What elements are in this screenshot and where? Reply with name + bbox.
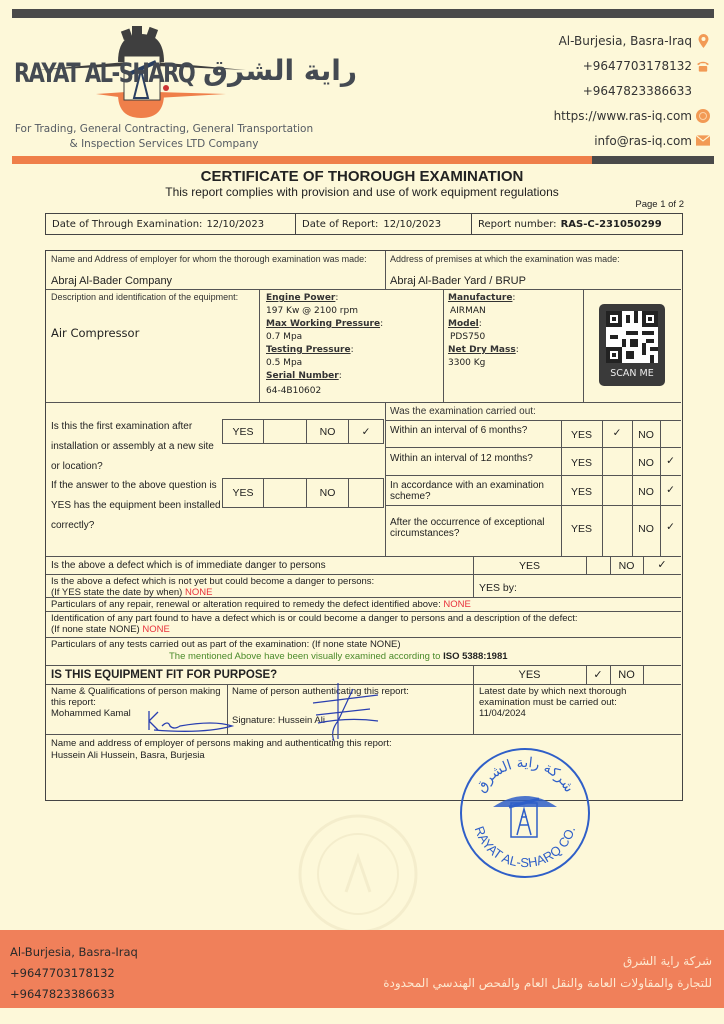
first-exam-answer: YES NO ✓: [222, 419, 384, 444]
part-defect-label: Identification of any part found to have…: [51, 613, 578, 624]
12m-yes-label: YES: [561, 457, 602, 469]
exam-date-label: Date of Through Examination:: [52, 219, 202, 230]
contact-email-text[interactable]: info@ras-iq.com: [594, 134, 692, 148]
installed-no-label: NO: [307, 479, 349, 507]
qr-code-icon: [606, 311, 658, 363]
carried-out-scheme-question: In accordance with an examination scheme…: [390, 480, 555, 502]
mass-value: 3300 Kg: [448, 357, 519, 370]
certificate-subtitle: This report complies with provision and …: [0, 185, 724, 199]
fit-no-label: NO: [610, 669, 643, 681]
equipment-label: Description and identification of the eq…: [51, 292, 251, 302]
exceptional-no-box[interactable]: ✓: [660, 521, 681, 533]
model-label: Model: [448, 319, 479, 329]
first-exam-question: Is this the first examination after inst…: [51, 417, 221, 477]
installed-yes-label: YES: [223, 479, 264, 507]
report-number-value: RAS-C-231050299: [561, 219, 662, 230]
report-number-label: Report number:: [478, 219, 557, 230]
first-exam-yes-label: YES: [223, 420, 264, 443]
future-danger-cell: Is the above a defect which is not yet b…: [51, 576, 374, 598]
part-defect-sub: (If none state NONE): [51, 624, 140, 635]
contact-website[interactable]: https://www.ras-iq.com: [554, 103, 710, 128]
immediate-no-box[interactable]: ✓: [643, 558, 681, 571]
immediate-yes-label: YES: [473, 560, 586, 572]
testing-pressure-label: Testing Pressure: [266, 345, 351, 355]
max-pressure-label: Max Working Pressure: [266, 319, 380, 329]
mail-icon: [696, 134, 710, 148]
max-pressure-value: 0.7 Mpa: [266, 331, 383, 344]
manufacture-label: Manufacture: [448, 293, 512, 303]
scheme-no-label: NO: [632, 486, 660, 498]
manufacture-value: AIRMAN: [448, 305, 519, 318]
equipment-specs-2: Manufacture: AIRMAN Model: PDS750 Net Dr…: [448, 292, 519, 370]
svg-text:RAYAT AL-SHARQ CO.: RAYAT AL-SHARQ CO.: [472, 824, 579, 870]
date-bar: Date of Through Examination: 12/10/2023 …: [45, 213, 683, 235]
immediate-danger-label: Is the above a defect which is of immedi…: [51, 560, 326, 571]
equipment-value: Air Compressor: [51, 326, 139, 340]
contact-address: Al-Burjesia, Basra-Iraq: [554, 28, 710, 53]
contact-website-text[interactable]: https://www.ras-iq.com: [554, 109, 692, 123]
scheme-yes-label: YES: [561, 486, 602, 498]
part-defect-cell: Identification of any part found to have…: [51, 613, 578, 635]
scheme-no-box[interactable]: ✓: [660, 484, 681, 496]
footer-phone-2[interactable]: +9647823386633: [10, 984, 138, 1005]
tagline-line-2: & Inspection Services LTD Company: [14, 137, 314, 152]
contact-phone-2-text[interactable]: +9647823386633: [583, 84, 692, 98]
premises-label: Address of premises at which the examina…: [390, 254, 620, 264]
contact-phone-1-text[interactable]: +9647703178132: [583, 59, 692, 73]
next-exam-value: 11/04/2024: [479, 708, 679, 719]
tests-standard: ISO 5388:1981: [443, 651, 507, 662]
report-number-cell: Report number: RAS-C-231050299: [472, 214, 682, 234]
serial-value: 64-4B10602: [266, 385, 383, 398]
installed-correctly-answer: YES NO: [222, 478, 384, 508]
serial-label: Serial Number: [266, 371, 339, 381]
engine-power-label: Engine Power: [266, 293, 335, 303]
part-defect-value: NONE: [142, 624, 169, 635]
company-tagline: For Trading, General Contracting, Genera…: [14, 122, 314, 152]
company-name-en: RAYAT AL-SHARQ: [14, 58, 194, 88]
immediate-no-label: NO: [610, 560, 643, 572]
tagline-line-1: For Trading, General Contracting, Genera…: [14, 122, 314, 137]
carried-out-heading: Was the examination carried out:: [390, 406, 536, 417]
12m-no-box[interactable]: ✓: [660, 455, 681, 467]
installed-yes-box[interactable]: [264, 479, 307, 507]
globe-icon: [696, 109, 710, 123]
engine-power-value: 197 Kw @ 2100 rpm: [266, 305, 383, 318]
footer-phone-1[interactable]: +9647703178132: [10, 963, 138, 984]
employer-label: Name and Address of employer for whom th…: [51, 254, 376, 264]
tests-label: Particulars of any tests carried out as …: [51, 639, 508, 651]
footer-address: Al-Burjesia, Basra-Iraq: [10, 942, 138, 963]
footer-ar-line-2: للتجارة والمقاولات العامة والنقل العام و…: [383, 972, 712, 994]
next-exam-cell: Latest date by which next thorough exami…: [479, 686, 679, 719]
mass-label: Net Dry Mass: [448, 345, 516, 355]
carried-out-answers: YES ✓ NO YES NO ✓ YES NO ✓ YES NO ✓: [561, 421, 681, 556]
phone-icon: [696, 59, 710, 73]
testing-pressure-value: 0.5 Mpa: [266, 357, 383, 370]
examination-form: Name and Address of employer for whom th…: [45, 250, 683, 801]
qr-code[interactable]: SCAN ME: [599, 304, 665, 386]
first-exam-no-label: NO: [307, 420, 349, 443]
6m-yes-box[interactable]: ✓: [602, 427, 632, 439]
employer-persons-value: Hussein Ali Hussein, Basra, Burjesia: [51, 750, 392, 762]
installed-no-box[interactable]: [349, 479, 383, 507]
first-exam-no-box[interactable]: ✓: [349, 420, 383, 443]
report-date-cell: Date of Report: 12/10/2023: [296, 214, 472, 234]
tests-cell: Particulars of any tests carried out as …: [51, 639, 508, 663]
carried-out-6m-question: Within an interval of 6 months?: [390, 424, 555, 437]
scan-me-label: SCAN ME: [599, 368, 665, 379]
6m-no-label: NO: [632, 429, 660, 441]
exceptional-no-label: NO: [632, 523, 660, 535]
12m-no-label: NO: [632, 457, 660, 469]
fit-for-purpose-label: IS THIS EQUIPMENT FIT FOR PURPOSE?: [51, 669, 277, 681]
company-name-ar: راية الشرق: [203, 54, 357, 87]
footer-ar-line-1: شركة راية الشرق: [383, 950, 712, 972]
location-pin-icon: [696, 34, 710, 48]
maker-signature-icon: [144, 706, 239, 736]
company-stamp-icon: شركة راية الشرق RAYAT AL-SHARQ CO.: [457, 745, 593, 881]
yes-by-label: YES by:: [479, 582, 517, 594]
fit-yes-label: YES: [473, 669, 586, 681]
exceptional-yes-label: YES: [561, 523, 602, 535]
header-divider-orange: [12, 156, 592, 164]
repair-label: Particulars of any repair, renewal or al…: [51, 599, 441, 610]
employer-value: Abraj Al-Bader Company: [51, 275, 172, 287]
equipment-specs: Engine Power: 197 Kw @ 2100 rpm Max Work…: [266, 292, 383, 398]
repair-value: NONE: [443, 599, 470, 610]
future-danger-label: Is the above a defect which is not yet b…: [51, 576, 374, 587]
carried-out-12m-question: Within an interval of 12 months?: [390, 452, 555, 465]
employer-persons-cell: Name and address of employer of persons …: [51, 738, 392, 762]
premises-value: Abraj Al-Bader Yard / BRUP: [390, 275, 526, 287]
contact-phone-1[interactable]: +9647703178132: [554, 53, 710, 78]
exam-date-value: 12/10/2023: [206, 219, 264, 230]
repair-cell: Particulars of any repair, renewal or al…: [51, 599, 471, 610]
next-exam-label: Latest date by which next thorough exami…: [479, 686, 679, 708]
tests-value: The mentioned Above have been visually e…: [169, 651, 440, 662]
header-top-bar: [12, 9, 714, 18]
footer-contacts: Al-Burjesia, Basra-Iraq +9647703178132 +…: [10, 942, 138, 1005]
contact-address-text: Al-Burjesia, Basra-Iraq: [559, 34, 692, 48]
contact-phone-2[interactable]: +9647823386633: [554, 78, 710, 103]
carried-out-exceptional-question: After the occurrence of exceptional circ…: [390, 517, 555, 539]
report-date-value: 12/10/2023: [383, 219, 441, 230]
fit-yes-box[interactable]: ✓: [586, 668, 610, 681]
6m-yes-label: YES: [561, 429, 602, 441]
employer-persons-label: Name and address of employer of persons …: [51, 738, 392, 750]
model-value: PDS750: [448, 331, 519, 344]
exam-date-cell: Date of Through Examination: 12/10/2023: [46, 214, 296, 234]
header-contacts: Al-Burjesia, Basra-Iraq +9647703178132 +…: [554, 28, 710, 153]
page-number: Page 1 of 2: [635, 199, 684, 210]
certificate-title: CERTIFICATE OF THOROUGH EXAMINATION: [0, 168, 724, 185]
first-exam-yes-box[interactable]: [264, 420, 307, 443]
maker-label: Name & Qualifications of person making t…: [51, 686, 223, 708]
report-date-label: Date of Report:: [302, 219, 378, 230]
footer-arabic: شركة راية الشرق للتجارة والمقاولات العام…: [383, 950, 712, 994]
contact-email[interactable]: info@ras-iq.com: [554, 128, 710, 153]
installed-correctly-question: If the answer to the above question is Y…: [51, 476, 221, 536]
header-divider-dark: [592, 156, 714, 164]
embossed-seal-icon: [296, 812, 421, 937]
